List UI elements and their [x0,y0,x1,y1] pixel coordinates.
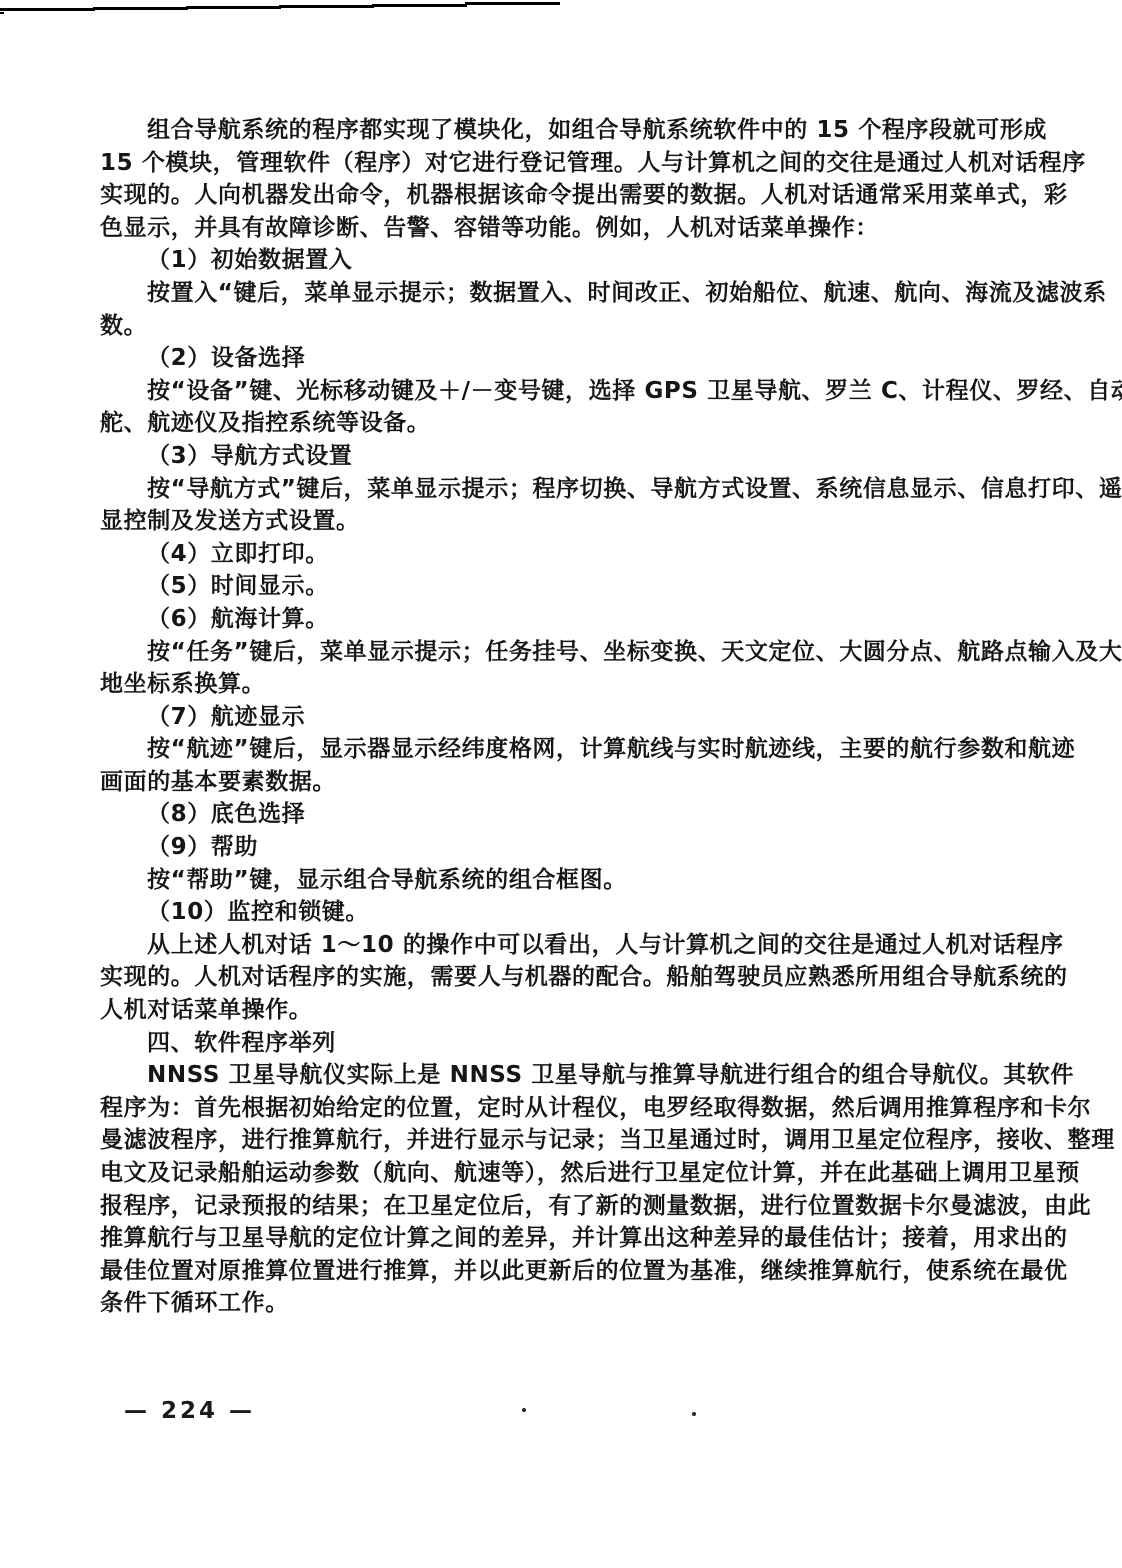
text-line: （9）帮助 [100,831,1024,864]
page-number: — 224 — [124,1398,255,1424]
scan-speck [692,1412,696,1416]
text-line: 按“任务”键后，菜单显示提示；任务挂号、坐标变换、天文定位、大圆分点、航路点输入… [100,636,1024,669]
text-line: 地坐标系换算。 [100,668,1024,701]
text-line: （3）导航方式设置 [100,440,1024,473]
text-line: （5）时间显示。 [100,570,1024,603]
text-line: NNSS 卫星导航仪实际上是 NNSS 卫星导航与推算导航进行组合的组合导航仪。… [100,1059,1024,1092]
text-line: 按置入“键后，菜单显示提示；数据置入、时间改正、初始船位、航速、航向、海流及滤波… [100,277,1024,310]
text-line: 条件下循环工作。 [100,1287,1024,1320]
text-line: 按“帮助”键，显示组合导航系统的组合框图。 [100,864,1024,897]
text-line: （2）设备选择 [100,342,1024,375]
text-line: 实现的。人向机器发出命令，机器根据该命令提出需要的数据。人机对话通常采用菜单式，… [100,179,1024,212]
text-line: 按“设备”键、光标移动键及＋/－变号键，选择 GPS 卫星导航、罗兰 C、计程仪… [100,375,1024,408]
text-line: 电文及记录船舶运动参数（航向、航速等），然后进行卫星定位计算，并在此基础上调用卫… [100,1157,1024,1190]
text-line: （8）底色选择 [100,798,1024,831]
text-line: 最佳位置对原推算位置进行推算，并以此更新后的位置为基准，继续推算航行，使系统在最… [100,1255,1024,1288]
text-line: 色显示，并具有故障诊断、告警、容错等功能。例如，人机对话菜单操作： [100,212,1024,245]
text-line: 舵、航迹仪及指控系统等设备。 [100,407,1024,440]
text-line: （6）航海计算。 [100,603,1024,636]
text-line: 画面的基本要素数据。 [100,766,1024,799]
section-heading: 四、软件程序举列 [100,1027,1024,1060]
text-line: 推算航行与卫星导航的定位计算之间的差异，并计算出这种差异的最佳估计；接着，用求出… [100,1222,1024,1255]
text-line: 曼滤波程序，进行推算航行，并进行显示与记录；当卫星通过时，调用卫星定位程序，接收… [100,1124,1024,1157]
text-line: 实现的。人机对话程序的实施，需要人与机器的配合。船舶驾驶员应熟悉所用组合导航系统… [100,961,1024,994]
text-line: 显控制及发送方式设置。 [100,505,1024,538]
text-line: 从上述人机对话 1～10 的操作中可以看出，人与计算机之间的交往是通过人机对话程… [100,929,1024,962]
text-line: 人机对话菜单操作。 [100,994,1024,1027]
text-line: 组合导航系统的程序都实现了模块化，如组合导航系统软件中的 15 个程序段就可形成 [100,114,1024,147]
scan-speck [522,1408,526,1412]
scan-edge-artifact [0,0,565,14]
document-page: 组合导航系统的程序都实现了模块化，如组合导航系统软件中的 15 个程序段就可形成… [0,0,1122,1568]
text-line: 报程序，记录预报的结果；在卫星定位后，有了新的测量数据，进行位置数据卡尔曼滤波，… [100,1190,1024,1223]
text-line: 按“航迹”键后，显示器显示经纬度格网，计算航线与实时航迹线，主要的航行参数和航迹 [100,733,1024,766]
text-line: （1）初始数据置入 [100,244,1024,277]
text-line: （4）立即打印。 [100,538,1024,571]
text-line: 按“导航方式”键后，菜单显示提示；程序切换、导航方式设置、系统信息显示、信息打印… [100,473,1024,506]
text-line: 程序为：首先根据初始给定的位置，定时从计程仪，电罗经取得数据，然后调用推算程序和… [100,1092,1024,1125]
text-line: （7）航迹显示 [100,701,1024,734]
text-line: 数。 [100,310,1024,343]
text-line: 15 个模块，管理软件（程序）对它进行登记管理。人与计算机之间的交往是通过人机对… [100,147,1024,180]
body-text: 组合导航系统的程序都实现了模块化，如组合导航系统软件中的 15 个程序段就可形成… [100,114,1024,1320]
page: { "page": { "background": "#ffffff", "in… [0,0,1122,1568]
text-line: （10）监控和锁键。 [100,896,1024,929]
